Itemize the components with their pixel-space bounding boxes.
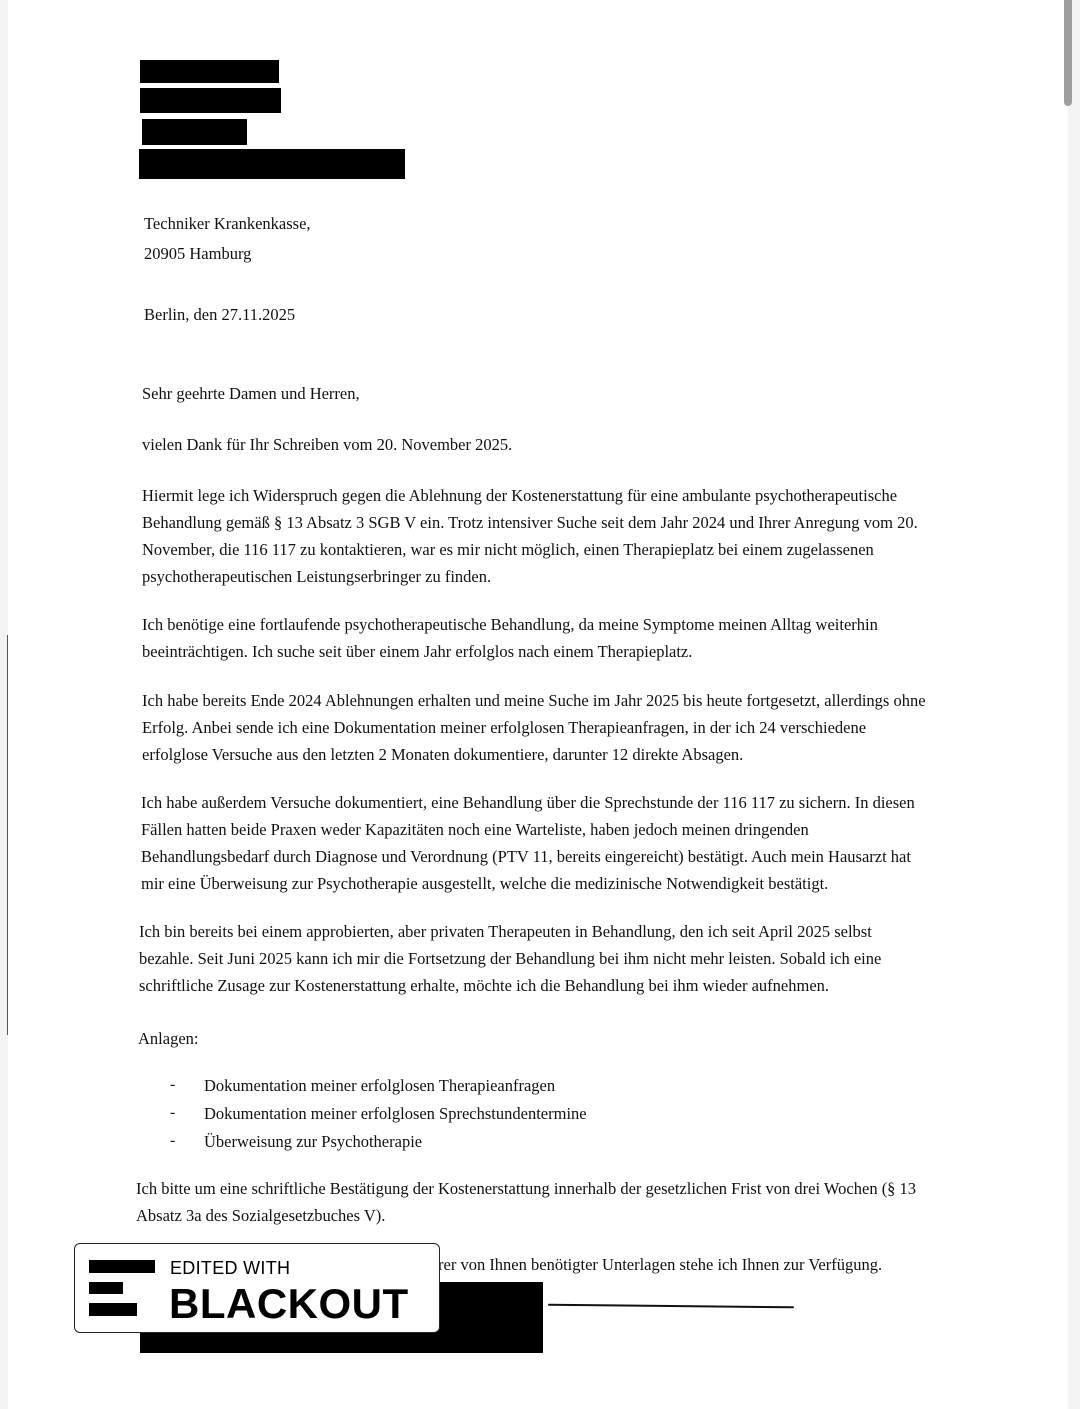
paragraph-consultation: Ich habe außerdem Versuche dokumentiert,… (141, 789, 961, 897)
watermark-caption: EDITED WITH (170, 1258, 290, 1279)
salutation: Sehr geehrte Damen und Herren, (142, 380, 360, 407)
recipient-name: Techniker Krankenkasse, (144, 210, 311, 237)
document-page: Techniker Krankenkasse, 20905 Hamburg Be… (8, 0, 1068, 1409)
bullet-marker: - (170, 1076, 175, 1094)
paragraph-line: Ich benötige eine fortlaufende psychothe… (142, 611, 962, 638)
paragraph-line: Ich bitte um eine schriftliche Bestätigu… (136, 1175, 956, 1202)
blackout-watermark: EDITED WITH BLACKOUT (74, 1243, 440, 1333)
bullet-marker: - (170, 1132, 175, 1150)
paragraph-line: Ich bin bereits bei einem approbierten, … (139, 918, 959, 945)
attachment-item: Überweisung zur Psychotherapie (204, 1128, 422, 1155)
paragraph-line: Behandlung gemäß § 13 Absatz 3 SGB V ein… (142, 509, 962, 536)
paragraph-line: beeinträchtigen. Ich suche seit über ein… (142, 638, 962, 665)
paragraph-line: Absatz 3a des Sozialgesetzbuches V). (136, 1202, 956, 1229)
paragraph-line: Ich habe bereits Ende 2024 Ablehnungen e… (142, 687, 962, 714)
paragraph-line: November, die 116 117 zu kontaktieren, w… (142, 536, 962, 563)
redacted-sender-street (140, 88, 281, 113)
recipient-city: 20905 Hamburg (144, 240, 251, 267)
paragraph-line: Fällen hatten beide Praxen weder Kapazit… (141, 816, 961, 843)
paragraph-line: erfolglose Versuche aus den letzten 2 Mo… (142, 741, 962, 768)
bullet-marker: - (170, 1104, 175, 1122)
intro-line: vielen Dank für Ihr Schreiben vom 20. No… (142, 431, 512, 458)
redacted-sender-city (142, 119, 247, 145)
paragraph-private-therapist: Ich bin bereits bei einem approbierten, … (139, 918, 959, 999)
closing-line: rer von Ihnen benötigter Unterlagen steh… (438, 1251, 882, 1278)
signature-line (548, 1304, 794, 1309)
attachments-label: Anlagen: (138, 1025, 198, 1052)
blackout-logo-icon (89, 1260, 155, 1316)
paragraph-objection: Hiermit lege ich Widerspruch gegen die A… (142, 482, 962, 590)
redacted-sender-id (139, 149, 405, 179)
paragraph-line: Behandlungsbedarf durch Diagnose und Ver… (141, 843, 961, 870)
paragraph-line: bezahle. Seit Juni 2025 kann ich mir die… (139, 945, 959, 972)
place-date: Berlin, den 27.11.2025 (144, 301, 295, 328)
redacted-sender-name (140, 60, 279, 83)
paragraph-line: Erfolg. Anbei sende ich eine Dokumentati… (142, 714, 962, 741)
paragraph-line: psychotherapeutischen Leistungserbringer… (142, 563, 962, 590)
paragraph-line: Ich habe außerdem Versuche dokumentiert,… (141, 789, 961, 816)
attachment-item: Dokumentation meiner erfolglosen Therapi… (204, 1072, 555, 1099)
paragraph-line: schriftliche Zusage zur Kostenerstattung… (139, 972, 959, 999)
paragraph-line: mir eine Überweisung zur Psychotherapie … (141, 870, 961, 897)
paragraph-need: Ich benötige eine fortlaufende psychothe… (142, 611, 962, 665)
watermark-brand: BLACKOUT (169, 1280, 409, 1328)
scrollbar-track[interactable] (1068, 0, 1080, 1409)
paragraph-line: Hiermit lege ich Widerspruch gegen die A… (142, 482, 962, 509)
attachment-item: Dokumentation meiner erfolglosen Sprechs… (204, 1100, 587, 1127)
scrollbar-thumb[interactable] (1064, 0, 1072, 106)
paragraph-search: Ich habe bereits Ende 2024 Ablehnungen e… (142, 687, 962, 768)
page-edge-shadow (7, 635, 8, 1035)
paragraph-closing-request: Ich bitte um eine schriftliche Bestätigu… (136, 1175, 956, 1229)
